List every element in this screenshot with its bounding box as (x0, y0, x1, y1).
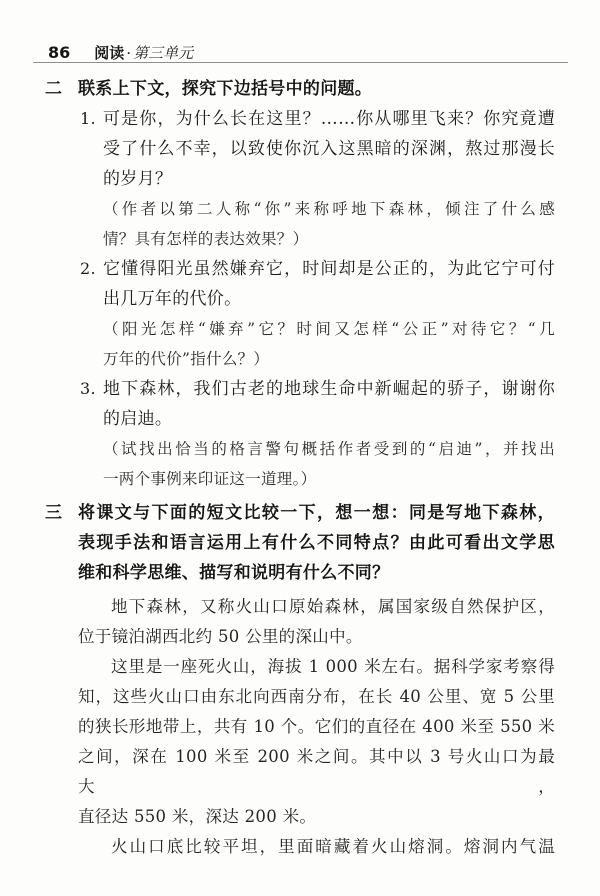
item-text-line: 可是你，为什么长在这里？……你从哪里飞来？你究竟遭 (103, 104, 555, 134)
essay-paragraph: 这里是一座死火山，海拔 1 000 米左右。据科学家考察得 知，这些火山口由东北… (45, 652, 555, 832)
essay-line: 直径达 550 米，深达 200 米。 (78, 802, 555, 832)
page-header: 86阅读·第三单元 (0, 0, 600, 62)
item-number: 2. (80, 254, 103, 284)
comparison-essay: 地下森林，又称火山口原始森林，属国家级自然保护区， 位于镜泊湖西北约 50 公里… (45, 592, 555, 862)
header-unit-name: 第三单元 (133, 44, 193, 62)
question-item-first-line: 1.可是你，为什么长在这里？……你从哪里飞来？你究竟遭 (80, 104, 555, 134)
item-note-line: 万年的代价”指什么？） (103, 344, 555, 374)
exercise-three-heading: 三将课文与下面的短文比较一下，想一想：同是写地下森林， (45, 498, 555, 528)
section-label: 二 (45, 74, 78, 104)
essay-line: 之间，深在 100 米至 200 米之间。其中以 3 号火山口为最大， (78, 742, 555, 802)
question-item-first-line: 3.地下森林，我们古老的地球生命中新崛起的骄子，谢谢你 (80, 374, 555, 404)
essay-line: 火山口底比较平坦，里面暗藏着火山熔洞。熔洞内气温 (78, 832, 555, 862)
section-prompt: 联系上下文，探究下边括号中的问题。 (78, 74, 555, 104)
exercise-two-heading: 二联系上下文，探究下边括号中的问题。 (45, 74, 555, 104)
item-note-line: （阳光怎样“嫌弃”它？时间又怎样“公正”对待它？“几 (103, 314, 555, 344)
header-separator-dot: · (124, 44, 133, 62)
essay-line: 位于镜泊湖西北约 50 公里的深山中。 (78, 622, 555, 652)
header-section-name: 阅读 (94, 44, 124, 62)
item-text-line: 的启迪。 (103, 404, 555, 434)
question-item: 1.可是你，为什么长在这里？……你从哪里飞来？你究竟遭 受了什么不幸，以致使你沉… (45, 104, 555, 254)
section-prompt-line: 表现手法和语言运用上有什么不同特点？由此可看出文学思 (78, 528, 555, 558)
exercise-two: 二联系上下文，探究下边括号中的问题。 1.可是你，为什么长在这里？……你从哪里飞… (45, 74, 555, 494)
header-title: 阅读·第三单元 (94, 42, 193, 63)
essay-paragraph: 火山口底比较平坦，里面暗藏着火山熔洞。熔洞内气温 (45, 832, 555, 862)
item-note-line: （试找出恰当的格言警句概括作者受到的“启迪”，并找出 (103, 434, 555, 464)
question-item: 3.地下森林，我们古老的地球生命中新崛起的骄子，谢谢你 的启迪。 （试找出恰当的… (45, 374, 555, 494)
section-prompt-line: 维和科学思维、描写和说明有什么不同？ (78, 558, 555, 588)
item-note-line: 一两个事例来印证这一道理。） (103, 464, 555, 494)
item-text-line: 地下森林，我们古老的地球生命中新崛起的骄子，谢谢你 (103, 374, 555, 404)
item-text-line: 的岁月？ (103, 164, 555, 194)
essay-line: 地下森林，又称火山口原始森林，属国家级自然保护区， (78, 592, 555, 622)
section-prompt-line: 将课文与下面的短文比较一下，想一想：同是写地下森林， (78, 498, 555, 528)
item-note-line: （作者以第二人称“你”来称呼地下森林，倾注了什么感 (103, 194, 555, 224)
page-body: 二联系上下文，探究下边括号中的问题。 1.可是你，为什么长在这里？……你从哪里飞… (0, 74, 600, 862)
page-number: 86 (48, 43, 70, 62)
essay-line: 的狭长形地带上，共有 10 个。它们的直径在 400 米至 550 米 (78, 712, 555, 742)
essay-paragraph: 地下森林，又称火山口原始森林，属国家级自然保护区， 位于镜泊湖西北约 50 公里… (45, 592, 555, 652)
textbook-page: 86阅读·第三单元 二联系上下文，探究下边括号中的问题。 1.可是你，为什么长在… (0, 0, 600, 896)
item-text-line: 出几万年的代价。 (103, 284, 555, 314)
essay-line: 知，这些火山口由东北向西南分布，在长 40 公里、宽 5 公里 (78, 682, 555, 712)
item-note-line: 情？具有怎样的表达效果？） (103, 224, 555, 254)
item-text-line: 受了什么不幸，以致使你沉入这黑暗的深渊，熬过那漫长 (103, 134, 555, 164)
item-number: 3. (80, 374, 103, 404)
exercise-three: 三将课文与下面的短文比较一下，想一想：同是写地下森林， 表现手法和语言运用上有什… (45, 498, 555, 862)
item-text-line: 它懂得阳光虽然嫌弃它，时间却是公正的，为此它宁可付 (103, 254, 555, 284)
item-number: 1. (80, 104, 103, 134)
question-item: 2.它懂得阳光虽然嫌弃它，时间却是公正的，为此它宁可付 出几万年的代价。 （阳光… (45, 254, 555, 374)
essay-line: 这里是一座死火山，海拔 1 000 米左右。据科学家考察得 (78, 652, 555, 682)
section-label: 三 (45, 498, 78, 528)
question-item-first-line: 2.它懂得阳光虽然嫌弃它，时间却是公正的，为此它宁可付 (80, 254, 555, 284)
